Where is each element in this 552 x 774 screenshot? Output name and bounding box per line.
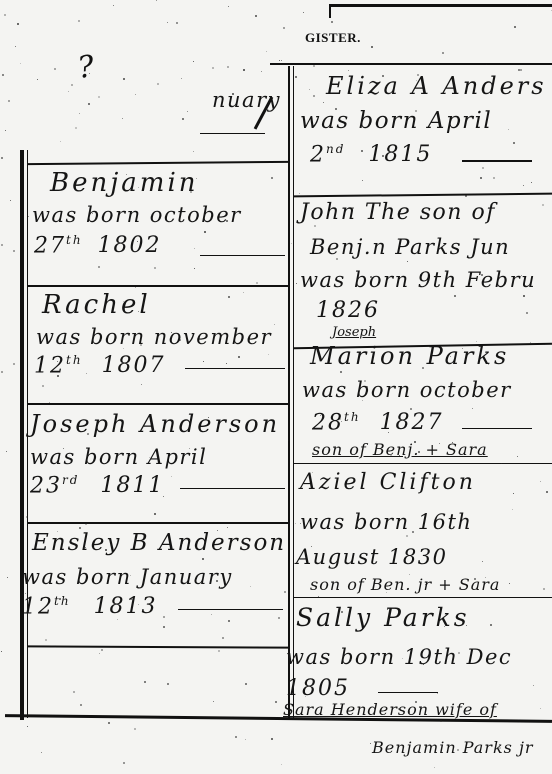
entry-name: Eliza A Anders — [326, 72, 547, 100]
entry-birth-line: was born 19th Dec — [286, 645, 512, 669]
entry-date: 12th 1807 — [34, 353, 166, 378]
entry-date: 23rd 1811 — [30, 473, 164, 498]
date-dash — [462, 428, 532, 429]
top-rule-right — [330, 4, 552, 7]
entry-name: John The son of — [300, 200, 496, 225]
fragment-rule — [200, 133, 265, 134]
date-dash — [178, 609, 283, 610]
margin-question-mark: ? — [76, 49, 97, 86]
footer-wife-note: Sara Henderson wife of — [283, 700, 497, 719]
row-rule — [28, 161, 288, 165]
left-border-inner — [27, 150, 28, 718]
entry-name: Benjamin — [50, 168, 199, 198]
entry-birth-line: was born January — [22, 565, 233, 589]
entry-birth-line: was born october — [32, 203, 242, 227]
row-rule — [294, 463, 552, 464]
entry-birth-line: was born october — [302, 378, 512, 402]
entry-parent-note: son of Benj. + Sara — [312, 440, 488, 459]
date-dash — [378, 692, 438, 693]
entry-name: Sally Parks — [296, 603, 470, 632]
entry-date: 28th 1827 — [312, 410, 444, 435]
row-rule — [294, 193, 552, 198]
column-divider — [288, 66, 290, 720]
left-border-outer — [20, 150, 24, 720]
entry-birth-line: was born 16th — [300, 510, 472, 534]
entry-name: Joseph Anderson — [30, 410, 280, 438]
entry-name: Aziel Clifton — [300, 470, 476, 495]
entry-year: 1805 — [286, 676, 350, 701]
entry-year: 1826 — [316, 298, 380, 323]
footer-husband-note: Benjamin Parks jr — [372, 738, 534, 757]
row-rule — [28, 645, 288, 648]
entry-birth-line: was born April — [300, 108, 492, 134]
entry-date: 27th 1802 — [34, 233, 162, 258]
entry-parent-note: son of Ben. jr + Sara — [310, 575, 500, 594]
entry-name: Marion Parks — [310, 342, 509, 370]
date-dash — [180, 488, 285, 489]
date-dash — [462, 160, 532, 162]
entry-name: Ensley B Anderson — [32, 530, 286, 556]
entry-parent-line: Benj.n Parks Jun — [310, 235, 510, 259]
entry-birth-line: was born April — [30, 445, 207, 469]
register-heading: GISTER. — [305, 30, 361, 46]
row-rule — [28, 285, 288, 287]
date-dash — [200, 255, 285, 256]
entry-insert-name: Joseph — [332, 325, 376, 340]
entry-date: 2nd 1815 — [310, 142, 432, 167]
row-rule — [28, 522, 288, 524]
entry-birth-line: was born 9th Febru — [300, 268, 536, 292]
row-rule — [28, 403, 288, 405]
date-dash — [185, 368, 285, 369]
entry-name: Rachel — [42, 290, 151, 320]
column-divider-inner — [293, 66, 294, 720]
row-rule — [294, 597, 552, 598]
entry-birth-line: was born november — [36, 325, 272, 349]
top-tick — [329, 4, 331, 18]
entry-date: 12th 1813 — [22, 594, 158, 619]
entry-date-line: August 1830 — [296, 545, 448, 569]
